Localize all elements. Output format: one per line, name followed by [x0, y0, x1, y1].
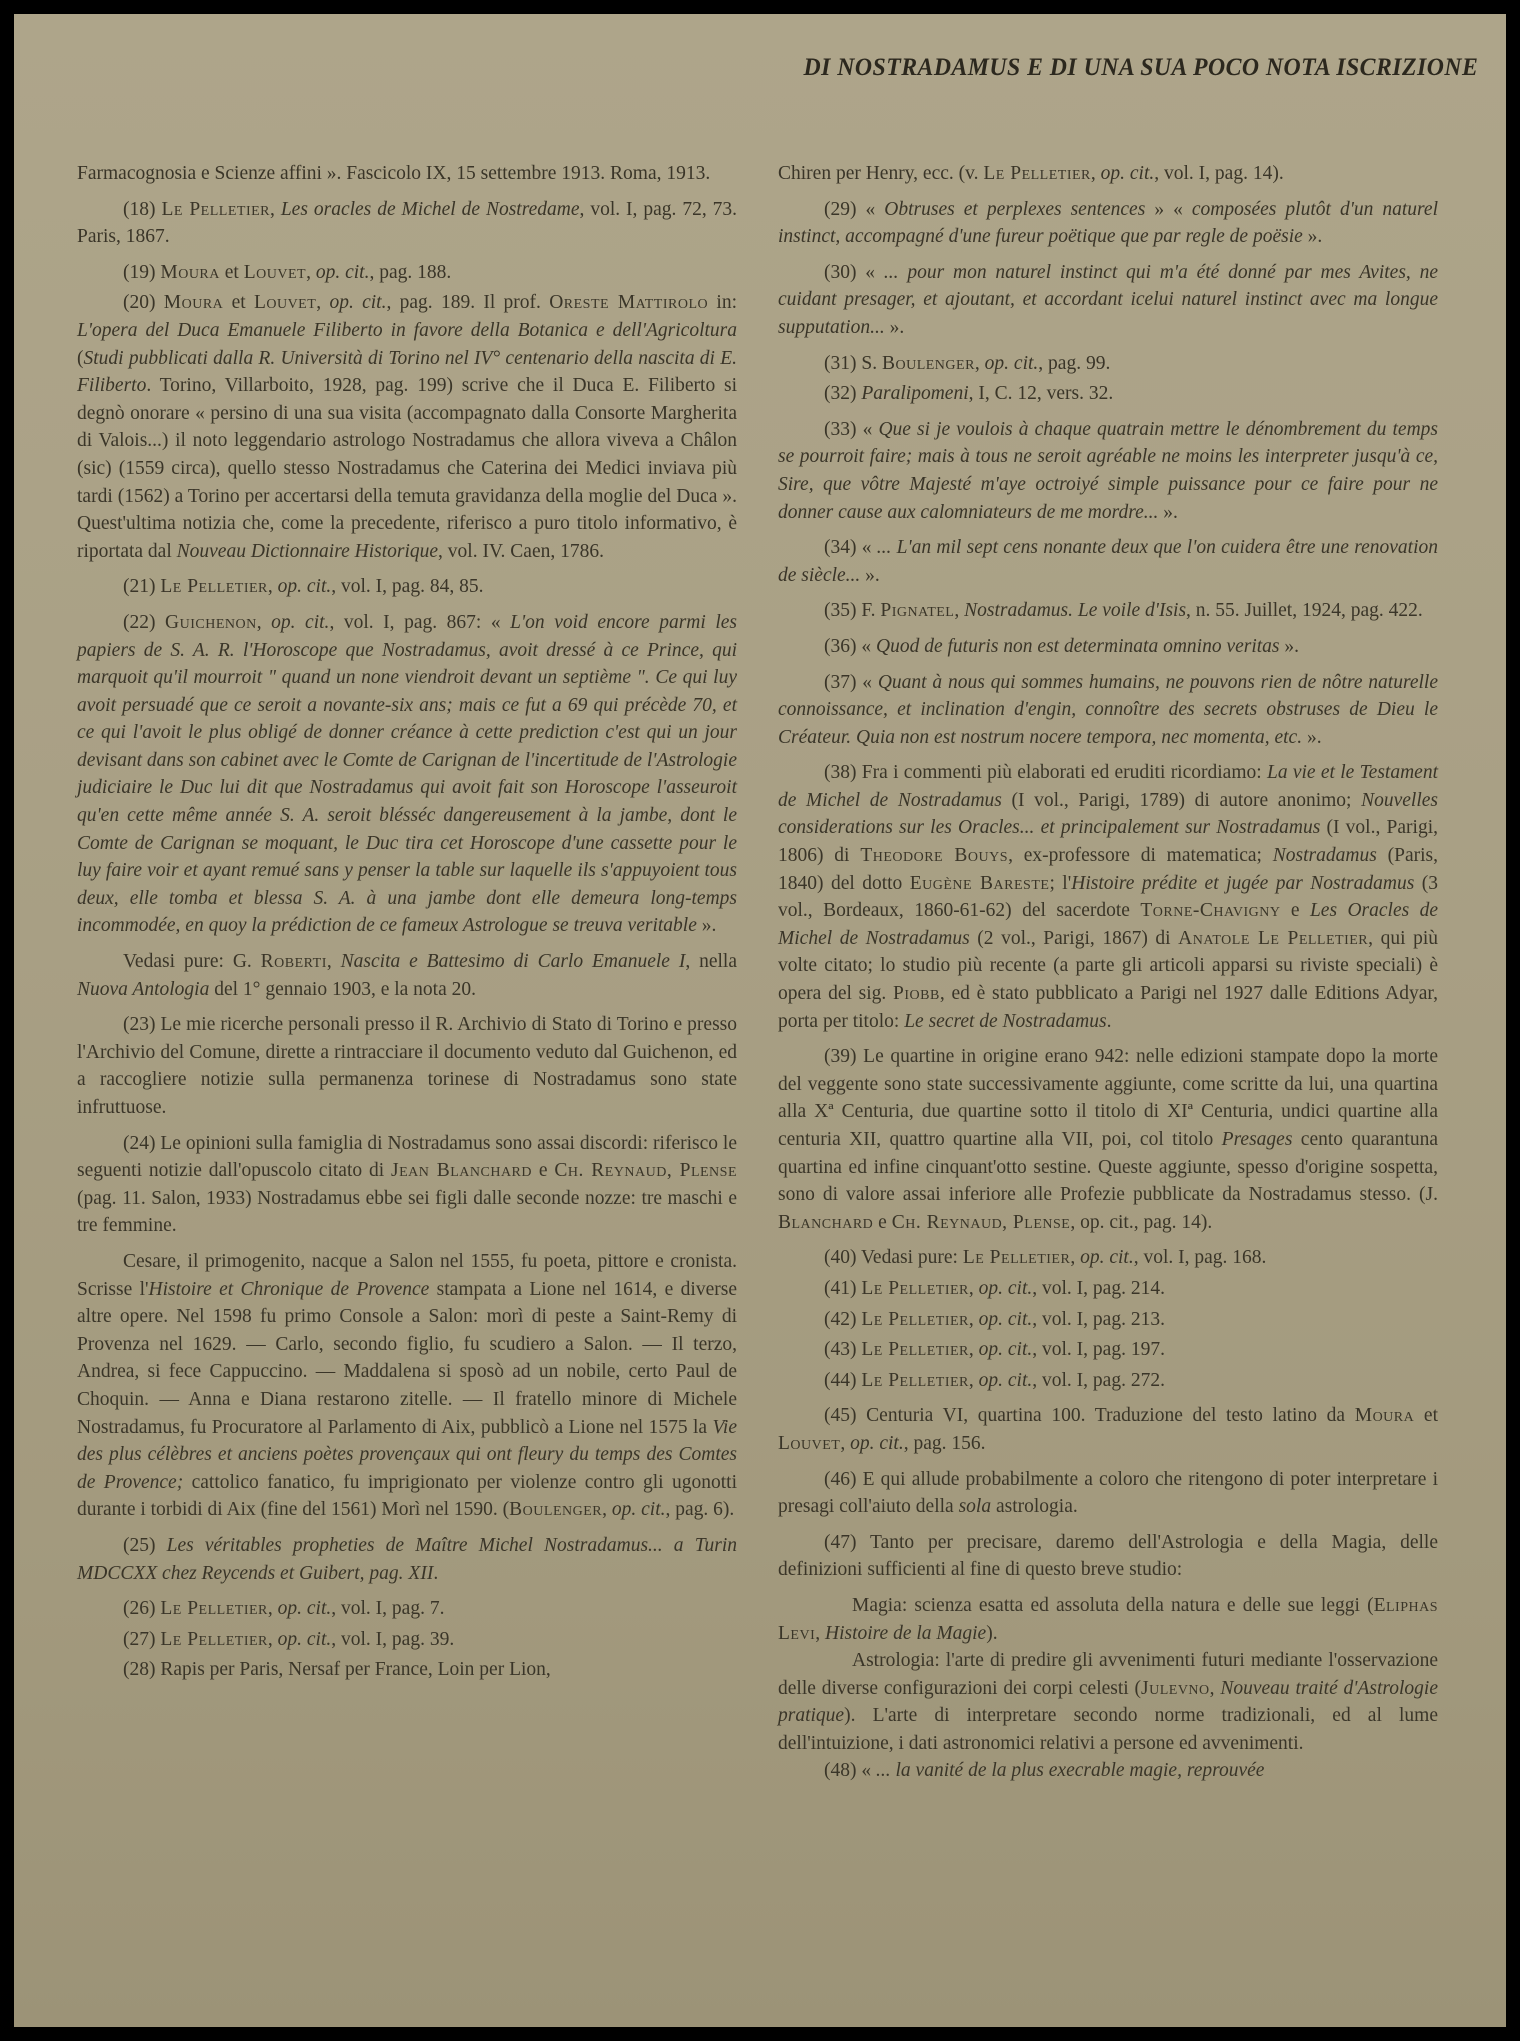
footnote-n32: (32) Paralipomeni, I, C. 12, vers. 32.	[778, 380, 1438, 408]
author-name: Le Pelletier	[983, 163, 1091, 184]
author-name: Boulenger	[882, 353, 975, 374]
italic-text: Histoire de la Magie	[825, 1623, 986, 1644]
italic-text: Quant à nous qui sommes humains, ne pouv…	[778, 672, 1438, 748]
author-name: Le Pelletier	[861, 1370, 969, 1391]
author-name: Le Pelletier	[160, 1629, 268, 1650]
author-name: Louvet	[778, 1433, 840, 1454]
text: ,	[1070, 1247, 1080, 1268]
text: , op. cit., pag. 14).	[1070, 1212, 1212, 1233]
footnote-n30: (30) « ... pour mon naturel instinct qui…	[778, 259, 1438, 342]
text: , vol. I, pag. 213.	[1032, 1309, 1165, 1330]
text: , nella	[685, 951, 737, 972]
text: et	[223, 292, 254, 313]
italic-text: ... la vanité de la plus execrable magie…	[876, 1760, 1264, 1781]
text: , pag. 156.	[904, 1433, 986, 1454]
italic-text: op. cit.	[1101, 163, 1155, 184]
text: , vol. I, pag. 39.	[331, 1629, 454, 1650]
text: ,	[969, 1278, 979, 1299]
text: del 1° gennaio 1903, e la nota 20.	[209, 979, 476, 1000]
text: ».	[1158, 502, 1178, 523]
footnote-n21: (21) Le Pelletier, op. cit., vol. I, pag…	[77, 573, 737, 601]
text: ,	[954, 600, 964, 621]
text: ».	[1302, 727, 1322, 748]
text: e	[873, 1212, 891, 1233]
text: (47) Tanto per precisare, daremo dell'As…	[778, 1532, 1438, 1581]
footnote-n35: (35) F. Pignatel, Nostradamus. Le voile …	[778, 597, 1438, 625]
text: et	[1414, 1405, 1438, 1426]
text: (38) Fra i commenti più elaborati ed eru…	[824, 762, 1267, 783]
text: , vol. I, pag. 168.	[1134, 1247, 1267, 1268]
italic-text: L'opera del Duca Emanuele Filiberto in f…	[77, 320, 737, 341]
author-name: Anatole Le Pelletier	[1178, 928, 1368, 949]
footnote-n37: (37) « Quant à nous qui sommes humains, …	[778, 669, 1438, 752]
text: ,	[602, 1499, 612, 1520]
text: Chiren per Henry, ecc. (v.	[778, 163, 983, 184]
text: in:	[708, 292, 737, 313]
text: (20)	[123, 292, 164, 313]
italic-text: op. cit.	[278, 576, 332, 597]
author-name: Roberti	[261, 951, 327, 972]
footnote-n36: (36) « Quod de futuris non est determina…	[778, 633, 1438, 661]
text: ,	[270, 199, 281, 220]
footnote-n20: (20) Moura et Louvet, op. cit., pag. 189…	[77, 289, 737, 565]
text: , n. 55. Juillet, 1924, pag. 422.	[1186, 600, 1423, 621]
right-column-footnotes: Chiren per Henry, ecc. (v. Le Pelletier,…	[778, 160, 1438, 1793]
footnote-n44: (44) Le Pelletier, op. cit., vol. I, pag…	[778, 1367, 1438, 1395]
text: (43)	[824, 1339, 861, 1360]
footnote-n47b: Astrologia: l'arte di predire gli avveni…	[778, 1647, 1438, 1757]
footnote-n28: (28) Rapis per Paris, Nersaf per France,…	[77, 1656, 737, 1684]
text: , vol. IV. Caen, 1786.	[438, 541, 604, 562]
text: (42)	[824, 1309, 861, 1330]
text: (pag. 11. Salon, 1933) Nostradamus ebbe …	[77, 1188, 737, 1237]
text: (30) «	[824, 262, 884, 283]
author-name: Blanchard	[778, 1212, 873, 1233]
footnote-n34: (34) « ... L'an mil sept cens nonante de…	[778, 534, 1438, 589]
text: ). L'arte di interpretare secondo norme …	[778, 1705, 1438, 1754]
footnote-n47: (47) Tanto per precisare, daremo dell'As…	[778, 1529, 1438, 1584]
author-name: Moura	[1355, 1405, 1415, 1426]
text: (18)	[123, 199, 161, 220]
italic-text: Paralipomeni	[861, 383, 968, 404]
footnote-n47a: Magia: scienza esatta ed assoluta della …	[778, 1592, 1438, 1647]
text: ,	[306, 262, 316, 283]
author-name: Ch. Reynaud, Plense	[892, 1212, 1071, 1233]
text: (21)	[123, 576, 160, 597]
text: (35) F.	[824, 600, 880, 621]
footnote-n24b: Cesare, il primogenito, nacque a Salon n…	[77, 1248, 737, 1524]
author-name: Piobb	[893, 983, 940, 1004]
footnote-n23: (23) Le mie ricerche personali presso il…	[77, 1011, 737, 1121]
text: ».	[1303, 226, 1323, 247]
left-column-footnotes: Farmacognosia e Scienze affini ». Fascic…	[77, 160, 737, 1692]
text: ,	[969, 1370, 979, 1391]
text: (29) «	[824, 199, 884, 220]
text: (36) «	[824, 636, 876, 657]
author-name: Guichenon	[165, 612, 257, 633]
italic-text: Les oracles de Michel de Nostredame	[281, 199, 580, 220]
text: Magia: scienza esatta ed assoluta della …	[852, 1595, 1374, 1616]
text: (I vol., Parigi, 1789) di autore anonimo…	[1002, 790, 1361, 811]
italic-text: op. cit.	[979, 1339, 1033, 1360]
text: (48) «	[824, 1760, 876, 1781]
text: ».	[885, 317, 905, 338]
footnote-n24: (24) Le opinioni sulla famiglia di Nostr…	[77, 1130, 737, 1240]
italic-text: op. cit.	[278, 1629, 332, 1650]
text: (44)	[824, 1370, 861, 1391]
italic-text: op. cit.	[985, 353, 1039, 374]
text: . Torino, Villarboito, 1928, pag. 199) s…	[77, 375, 737, 562]
text: (26)	[123, 1598, 160, 1619]
italic-text: op. cit.	[1080, 1247, 1134, 1268]
footnote-n27: (27) Le Pelletier, op. cit., vol. I, pag…	[77, 1626, 737, 1654]
footnote-cont17: Farmacognosia e Scienze affini ». Fascic…	[77, 160, 737, 188]
text: ,	[840, 1433, 850, 1454]
italic-text: op. cit.	[979, 1278, 1033, 1299]
text: ).	[986, 1623, 997, 1644]
italic-text: Presages	[1222, 1129, 1293, 1150]
italic-text: Les véritables propheties de Maître Mich…	[77, 1535, 737, 1584]
text: , pag. 188.	[369, 262, 451, 283]
text: Farmacognosia e Scienze affini ». Fascic…	[77, 163, 710, 184]
author-name: Ch. Reynaud, Plense	[554, 1160, 737, 1181]
text: e	[532, 1160, 554, 1181]
footnote-n38: (38) Fra i commenti più elaborati ed eru…	[778, 759, 1438, 1035]
footnote-n22: (22) Guichenon, op. cit., vol. I, pag. 8…	[77, 609, 737, 940]
author-name: Le Pelletier	[861, 1339, 969, 1360]
text: (22)	[123, 612, 165, 633]
footnote-n46: (46) E qui allude probabilmente a coloro…	[778, 1466, 1438, 1521]
text: , pag. 99.	[1038, 353, 1110, 374]
author-name: Le Pelletier	[160, 1598, 268, 1619]
text: , vol. I, pag. 867: «	[329, 612, 510, 633]
text: , pag. 189. Il prof.	[386, 292, 549, 313]
text: , I, C. 12, vers. 32.	[969, 383, 1114, 404]
text: .	[433, 1563, 438, 1584]
italic-text: Histoire et Chronique de Provence	[149, 1279, 430, 1300]
text: (46) E qui allude probabilmente a coloro…	[778, 1469, 1438, 1518]
italic-text: Nascita e Battesimo di Carlo Emanuele I	[341, 951, 686, 972]
text: , ex-professore di matematica;	[1008, 845, 1273, 866]
text: (33) «	[824, 419, 878, 440]
text: (2 vol., Parigi, 1867) di	[970, 928, 1178, 949]
text: ,	[316, 292, 329, 313]
text: ; l'	[1049, 873, 1071, 894]
text: ,	[969, 1339, 979, 1360]
italic-text: Quod de futuris non est determinata omni…	[876, 636, 1280, 657]
text: (34) «	[824, 537, 877, 558]
author-name: Jean Blanchard	[391, 1160, 532, 1181]
text: (28) Rapis per Paris, Nersaf per France,…	[123, 1659, 551, 1680]
footnote-n42: (42) Le Pelletier, op. cit., vol. I, pag…	[778, 1306, 1438, 1334]
italic-text: Nuova Antologia	[77, 979, 209, 1000]
italic-text: Nostradamus. Le voile d'Isis	[964, 600, 1186, 621]
text: , vol. I, pag. 14).	[1154, 163, 1283, 184]
text: , vol. I, pag. 272.	[1032, 1370, 1165, 1391]
text: ,	[257, 612, 271, 633]
text: (25)	[123, 1535, 167, 1556]
italic-text: op. cit.	[278, 1598, 332, 1619]
footnote-n45: (45) Centuria VI, quartina 100. Traduzio…	[778, 1402, 1438, 1457]
author-name: Moura	[164, 292, 224, 313]
text: astrologia.	[991, 1496, 1078, 1517]
author-name: Torne-Chavigny	[1140, 900, 1280, 921]
text: ,	[268, 1598, 278, 1619]
italic-text: op. cit.	[979, 1309, 1033, 1330]
italic-text: op. cit.	[271, 612, 329, 633]
text: , vol. I, pag. 7.	[331, 1598, 444, 1619]
text: ».	[697, 915, 717, 936]
text: (45) Centuria VI, quartina 100. Traduzio…	[824, 1405, 1355, 1426]
text: Vedasi pure: G.	[123, 951, 261, 972]
footnote-n29: (29) « Obtruses et perplexes sentences »…	[778, 196, 1438, 251]
text: , vol. I, pag. 197.	[1032, 1339, 1165, 1360]
footnote-n22b: Vedasi pure: G. Roberti, Nascita e Batte…	[77, 948, 737, 1003]
italic-text: Histoire prédite et jugée par Nostradamu…	[1071, 873, 1414, 894]
text: , pag. 6).	[666, 1499, 735, 1520]
author-name: Theodore Bouys	[860, 845, 1008, 866]
footnote-n31: (31) S. Boulenger, op. cit., pag. 99.	[778, 350, 1438, 378]
text: , vol. I, pag. 84, 85.	[331, 576, 483, 597]
italic-text: Obtruses et perplexes sentences	[884, 199, 1145, 220]
footnote-n19: (19) Moura et Louvet, op. cit., pag. 188…	[77, 259, 737, 287]
text: ,	[268, 1629, 278, 1650]
author-name: Le Pelletier	[161, 199, 270, 220]
footnote-n26: (26) Le Pelletier, op. cit., vol. I, pag…	[77, 1595, 737, 1623]
footnote-n48: (48) « ... la vanité de la plus execrabl…	[778, 1757, 1438, 1785]
footnote-n41: (41) Le Pelletier, op. cit., vol. I, pag…	[778, 1275, 1438, 1303]
text: ,	[815, 1623, 825, 1644]
italic-text: op. cit.	[979, 1370, 1033, 1391]
text: stampata a Lione nel 1614, e diverse alt…	[77, 1279, 737, 1438]
text: (37) «	[824, 672, 878, 693]
footnote-n18: (18) Le Pelletier, Les oracles de Michel…	[77, 196, 737, 251]
text: (19)	[123, 262, 160, 283]
document-page: DI NOSTRADAMUS E DI UNA SUA POCO NOTA IS…	[14, 14, 1506, 2027]
author-name: Le Pelletier	[861, 1309, 969, 1330]
running-head: DI NOSTRADAMUS E DI UNA SUA POCO NOTA IS…	[803, 54, 1478, 82]
author-name: Moura	[160, 262, 220, 283]
italic-text: op. cit.	[329, 292, 386, 313]
text: ,	[1210, 1678, 1221, 1699]
text: » «	[1145, 199, 1192, 220]
author-name: Le Pelletier	[963, 1247, 1071, 1268]
footnote-n39: (39) Le quartine in origine erano 942: n…	[778, 1043, 1438, 1236]
author-name: Pignatel	[880, 600, 954, 621]
italic-text: op. cit.	[612, 1499, 666, 1520]
text: ,	[1091, 163, 1101, 184]
footnote-cont28: Chiren per Henry, ecc. (v. Le Pelletier,…	[778, 160, 1438, 188]
italic-text: op. cit.	[316, 262, 370, 283]
text: (27)	[123, 1629, 160, 1650]
italic-text: L'on void encore parmi les papiers de S.…	[77, 612, 737, 937]
italic-text: Le secret de Nostradamus	[904, 1011, 1106, 1032]
text: et	[220, 262, 244, 283]
text: (23) Le mie ricerche personali presso il…	[77, 1014, 737, 1118]
author-name: Le Pelletier	[160, 576, 268, 597]
author-name: Julevno	[1141, 1678, 1210, 1699]
author-name: Boulenger	[509, 1499, 602, 1520]
author-name: Louvet	[254, 292, 316, 313]
author-name: Eugène Bareste	[910, 873, 1050, 894]
text: .	[1107, 1011, 1112, 1032]
text: (31) S.	[824, 353, 882, 374]
text: ,	[975, 353, 985, 374]
footnote-n43: (43) Le Pelletier, op. cit., vol. I, pag…	[778, 1336, 1438, 1364]
italic-text: op. cit.	[850, 1433, 904, 1454]
text: ,	[327, 951, 341, 972]
author-name: Le Pelletier	[861, 1278, 969, 1299]
text: ,	[969, 1309, 979, 1330]
text: (32)	[824, 383, 861, 404]
footnote-n40: (40) Vedasi pure: Le Pelletier, op. cit.…	[778, 1244, 1438, 1272]
footnote-n33: (33) « Que si je voulois à chaque quatra…	[778, 416, 1438, 526]
italic-text: sola	[959, 1496, 992, 1517]
text: ,	[268, 576, 278, 597]
author-name: Oreste Mattirolo	[549, 292, 708, 313]
italic-text: Nostradamus	[1273, 845, 1377, 866]
text: (40) Vedasi pure:	[824, 1247, 963, 1268]
footnote-n25: (25) Les véritables propheties de Maître…	[77, 1532, 737, 1587]
text: , vol. I, pag. 214.	[1032, 1278, 1165, 1299]
italic-text: Nouveau Dictionnaire Historique	[177, 541, 438, 562]
text: (41)	[824, 1278, 861, 1299]
text: ».	[860, 565, 880, 586]
text: e	[1280, 900, 1310, 921]
text: ».	[1280, 636, 1300, 657]
author-name: Louvet	[244, 262, 306, 283]
